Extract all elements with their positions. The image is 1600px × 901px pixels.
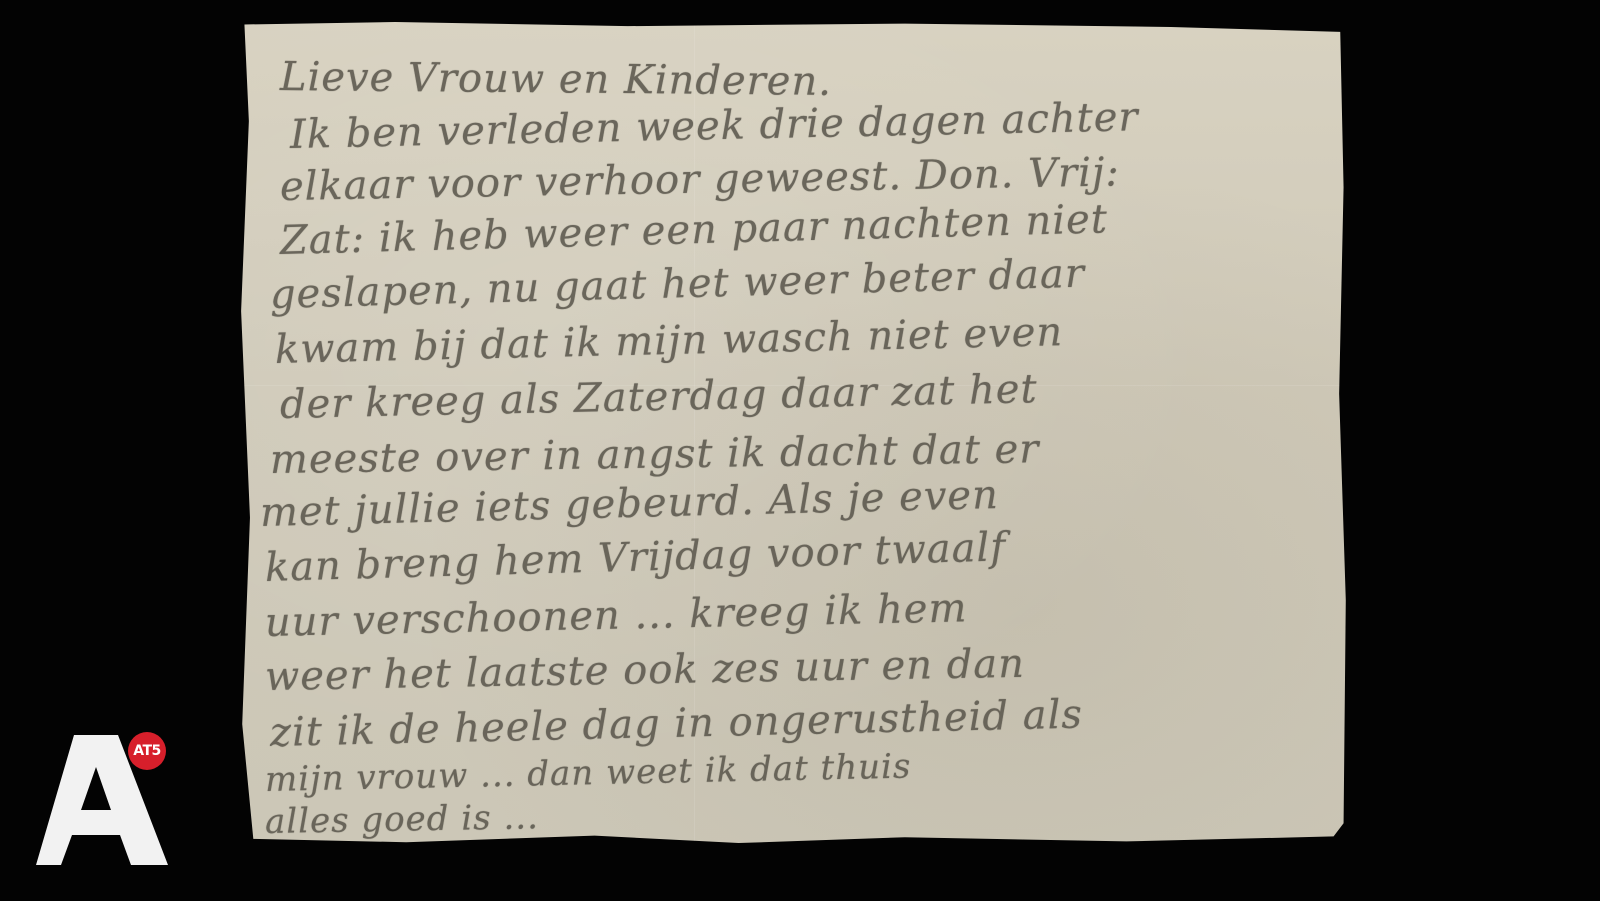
handwritten-text: Lieve Vrouw en Kinderen. Ik ben verleden… [260,42,1328,838]
letter-line: uur verschoonen ... kreeg ik hem [265,585,968,646]
letter-line: kwam bij dat ik mijn wasch niet even [274,309,1063,373]
letter-line: alles goed is ... [265,797,540,842]
broadcaster-logo: AT5 [36,735,176,865]
letter-line: kan breng hem Vrijdag voor twaalf [264,524,1006,591]
letter-line: der kreeg als Zaterdag daar zat het [280,366,1038,428]
letter-line: Lieve Vrouw en Kinderen. [280,54,832,105]
letter-line: Ik ben verleden week drie dagen achter [290,94,1139,158]
letter-line: weer het laatste ook zes uur en dan [265,641,1026,700]
at5-badge: AT5 [128,732,166,770]
letter-paper: Lieve Vrouw en Kinderen. Ik ben verleden… [240,22,1348,848]
letter-line: zit ik de heele dag in ongerustheid als [269,692,1083,756]
letter-line: mijn vrouw ... dan weet ik dat thuis [265,746,912,800]
